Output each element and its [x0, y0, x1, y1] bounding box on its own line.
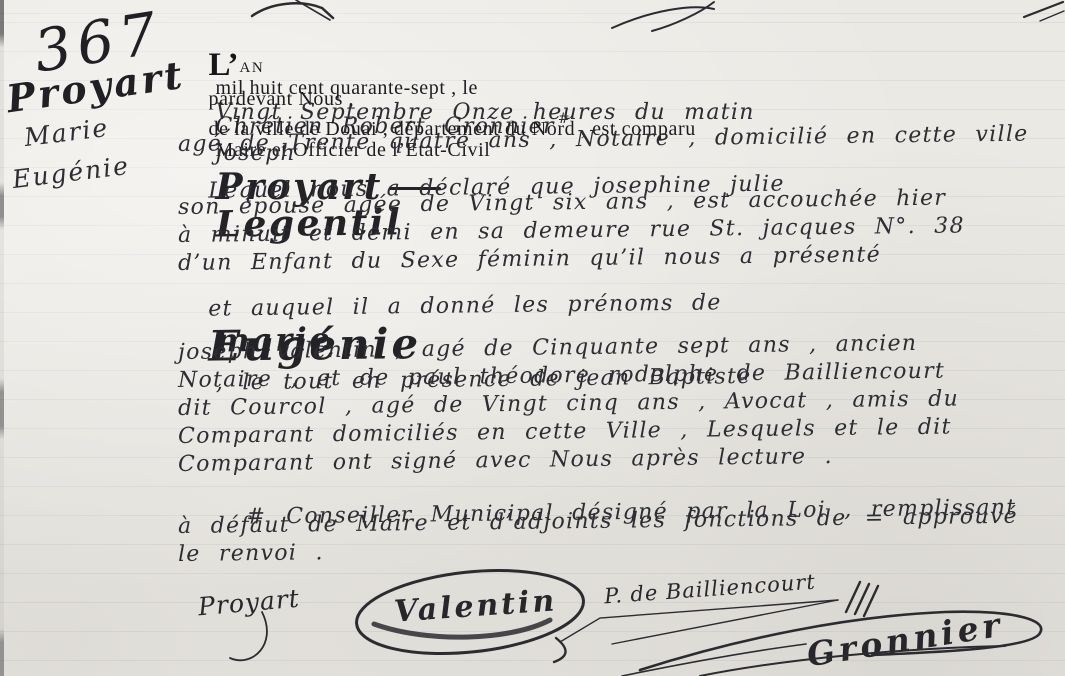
signature-flourish-valentin: [554, 638, 566, 662]
top-cut-flourish: [296, 0, 330, 20]
signature-flourish-bailliencourt: [560, 600, 838, 642]
signature-declarant: Proyart: [197, 584, 301, 622]
act-line-15: Comparant ont signé avec Nous après lect…: [178, 444, 833, 477]
top-cut-flourish: [1024, 2, 1063, 17]
signature-witness-bailliencourt: P. de Bailliencourt: [603, 570, 816, 609]
signature-flourish-bailliencourt: [846, 582, 878, 616]
signature-witness-valentin: Valentin: [393, 583, 558, 629]
handwritten-text: le renvoi .: [178, 540, 324, 567]
handwritten-text: Comparant ont signé avec Nous après lect…: [178, 444, 833, 477]
signature-officer: Gronnier: [804, 605, 1006, 675]
top-cut-flourish: [612, 7, 714, 28]
act-line-14: Comparant domiciliés en cette Ville , Le…: [178, 415, 952, 449]
page-edge-shadow: [0, 0, 4, 676]
signature-flourish-proyart: [230, 612, 267, 660]
handwritten-text: Comparant domiciliés en cette Ville , Le…: [178, 415, 952, 449]
top-cut-flourish: [652, 2, 714, 31]
margin-given-name-1: Marie: [23, 113, 111, 152]
top-cut-flourish: [1040, 11, 1064, 21]
signature-flourish-gronnier: [622, 644, 806, 676]
margin-given-name-2: Eugénie: [11, 151, 132, 194]
top-cut-flourish: [252, 3, 333, 18]
act-line-18: le renvoi .: [178, 540, 324, 567]
civil-register-page: 367 Proyart Marie Eugénie L’AN mil huit …: [0, 0, 1065, 676]
